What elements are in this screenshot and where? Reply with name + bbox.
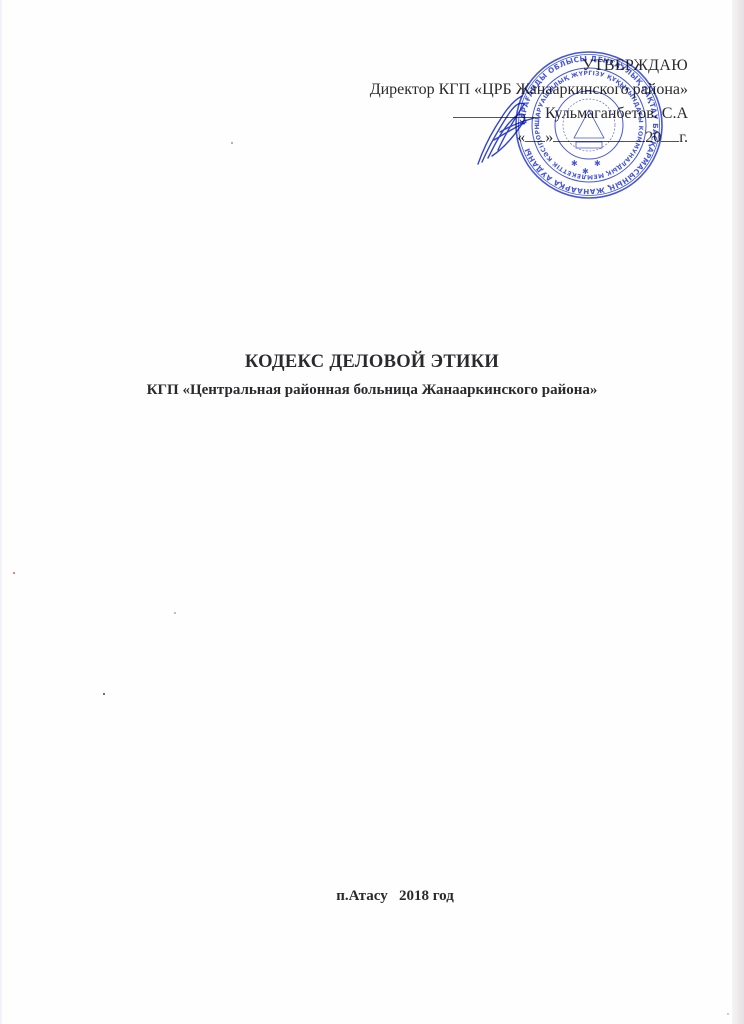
scan-speck bbox=[174, 612, 176, 614]
scan-speck bbox=[727, 1013, 729, 1015]
svg-text:✱: ✱ bbox=[571, 159, 578, 168]
date-suffix: г. bbox=[679, 129, 688, 146]
document-title: КОДЕКС ДЕЛОВОЙ ЭТИКИ bbox=[0, 352, 744, 373]
signature-scribble bbox=[470, 92, 540, 172]
scan-edge-right bbox=[732, 0, 744, 1024]
svg-text:✱: ✱ bbox=[594, 159, 601, 168]
scan-speck bbox=[13, 572, 15, 574]
scan-edge-left bbox=[0, 0, 2, 1024]
document-subtitle: КГП «Центральная районная больница Жанаа… bbox=[0, 382, 744, 399]
svg-text:✱: ✱ bbox=[582, 167, 589, 176]
document-place-year: п.Атасу 2018 год bbox=[0, 888, 744, 905]
scan-speck bbox=[103, 693, 105, 695]
scan-speck bbox=[231, 142, 233, 144]
